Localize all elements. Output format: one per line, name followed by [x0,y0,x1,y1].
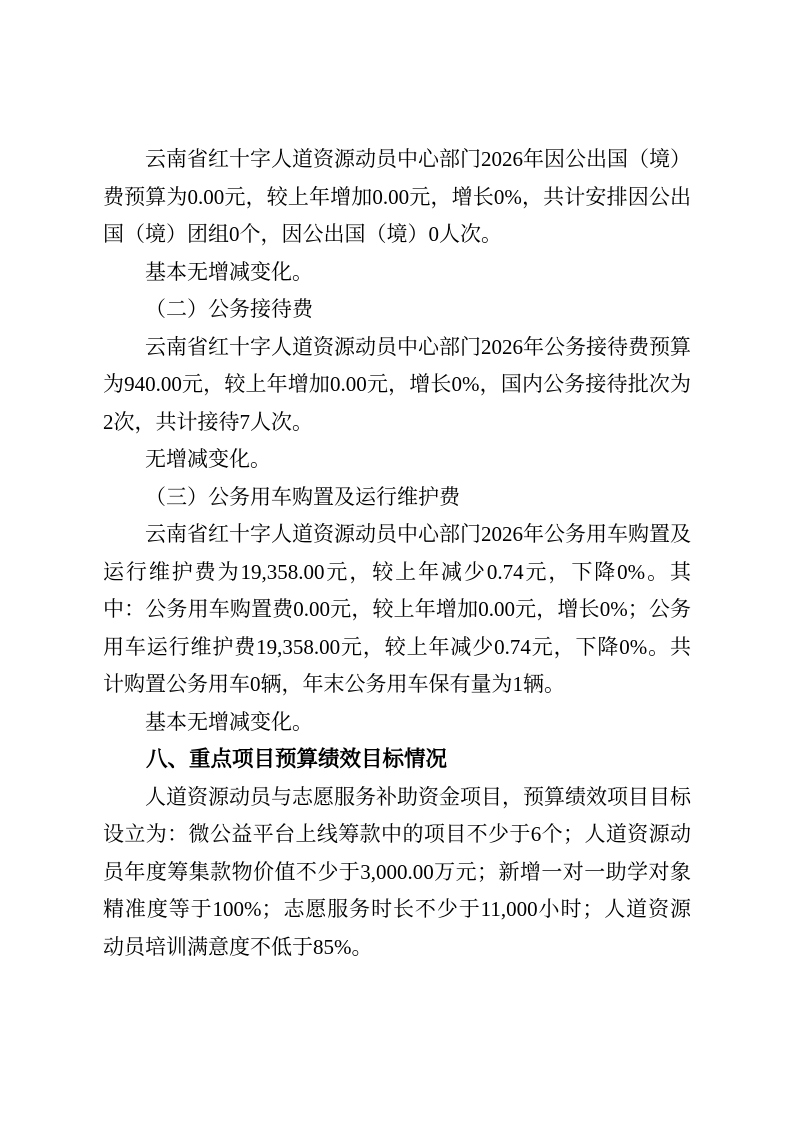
paragraph-no-change-note-3: 基本无增减变化。 [103,704,691,742]
document-body: 云南省红十字人道资源动员中心部门2026年因公出国（境）费预算为0.00元，较上… [103,141,691,966]
paragraph-vehicle-budget: 云南省红十字人道资源动员中心部门2026年公务用车购置及运行维护费为19,358… [103,516,691,704]
paragraph-no-change-note-1: 基本无增减变化。 [103,254,691,292]
subsection-heading-official-vehicles: （三）公务用车购置及运行维护费 [103,479,691,517]
section-heading-key-project-performance: 八、重点项目预算绩效目标情况 [103,741,691,779]
subsection-heading-official-reception: （二）公务接待费 [103,291,691,329]
paragraph-reception-budget: 云南省红十字人道资源动员中心部门2026年公务接待费预算为940.00元，较上年… [103,329,691,442]
document-page: 云南省红十字人道资源动员中心部门2026年因公出国（境）费预算为0.00元，较上… [0,0,793,1122]
paragraph-no-change-note-2: 无增减变化。 [103,441,691,479]
paragraph-performance-targets: 人道资源动员与志愿服务补助资金项目，预算绩效项目目标设立为：微公益平台上线筹款中… [103,779,691,967]
paragraph-outbound-travel-budget: 云南省红十字人道资源动员中心部门2026年因公出国（境）费预算为0.00元，较上… [103,141,691,254]
